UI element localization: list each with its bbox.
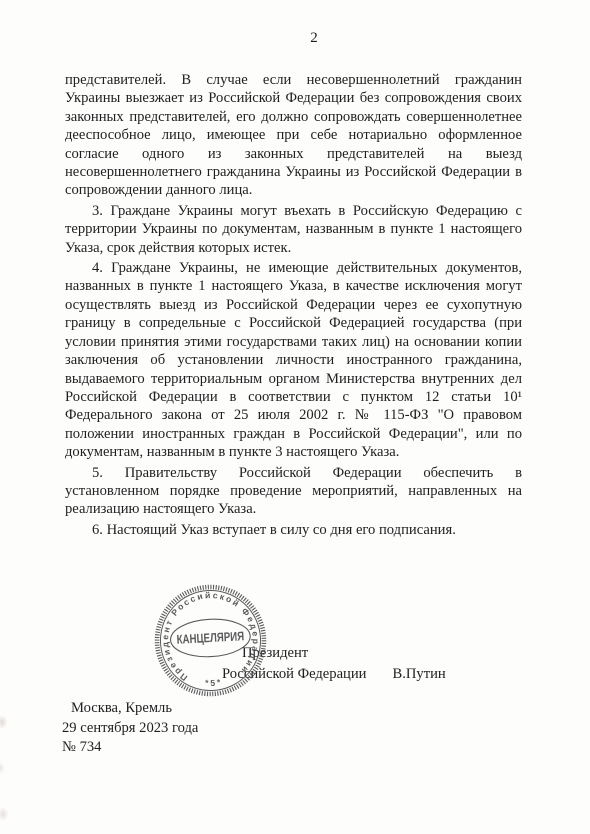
paragraph-item-3: 3. Граждане Украины могут въехать в Росс… [65, 202, 522, 257]
stamp-center-label: КАНЦЕЛЯРИЯ [176, 629, 244, 647]
paragraph-item-6: 6. Настоящий Указ вступает в силу со дня… [65, 521, 522, 539]
scan-artifact [0, 710, 10, 830]
chancellery-stamp-icon: Президент Российской Федерации * 5 * КАН… [149, 579, 272, 702]
issue-place: Москва, Кремль [62, 699, 198, 719]
paragraph-item-5: 5. Правительству Российской Федерации об… [65, 464, 522, 519]
svg-text:* 5 *: * 5 * [204, 677, 222, 689]
decree-page: 2 представителей. В случае если несоверш… [0, 0, 590, 834]
issue-date: 29 сентября 2023 года [62, 719, 198, 739]
paragraph-continuation: представителей. В случае если несовершен… [65, 71, 522, 200]
page-number: 2 [0, 30, 590, 47]
decree-body: представителей. В случае если несовершен… [65, 71, 522, 539]
paragraph-item-4: 4. Граждане Украины, не имеющие действит… [65, 259, 522, 461]
signer-name: В.Путин [393, 666, 446, 682]
decree-number: № 734 [62, 738, 198, 758]
stamp-bottom-text: * 5 * [204, 677, 222, 689]
footer-block: Москва, Кремль 29 сентября 2023 года № 7… [62, 699, 198, 758]
